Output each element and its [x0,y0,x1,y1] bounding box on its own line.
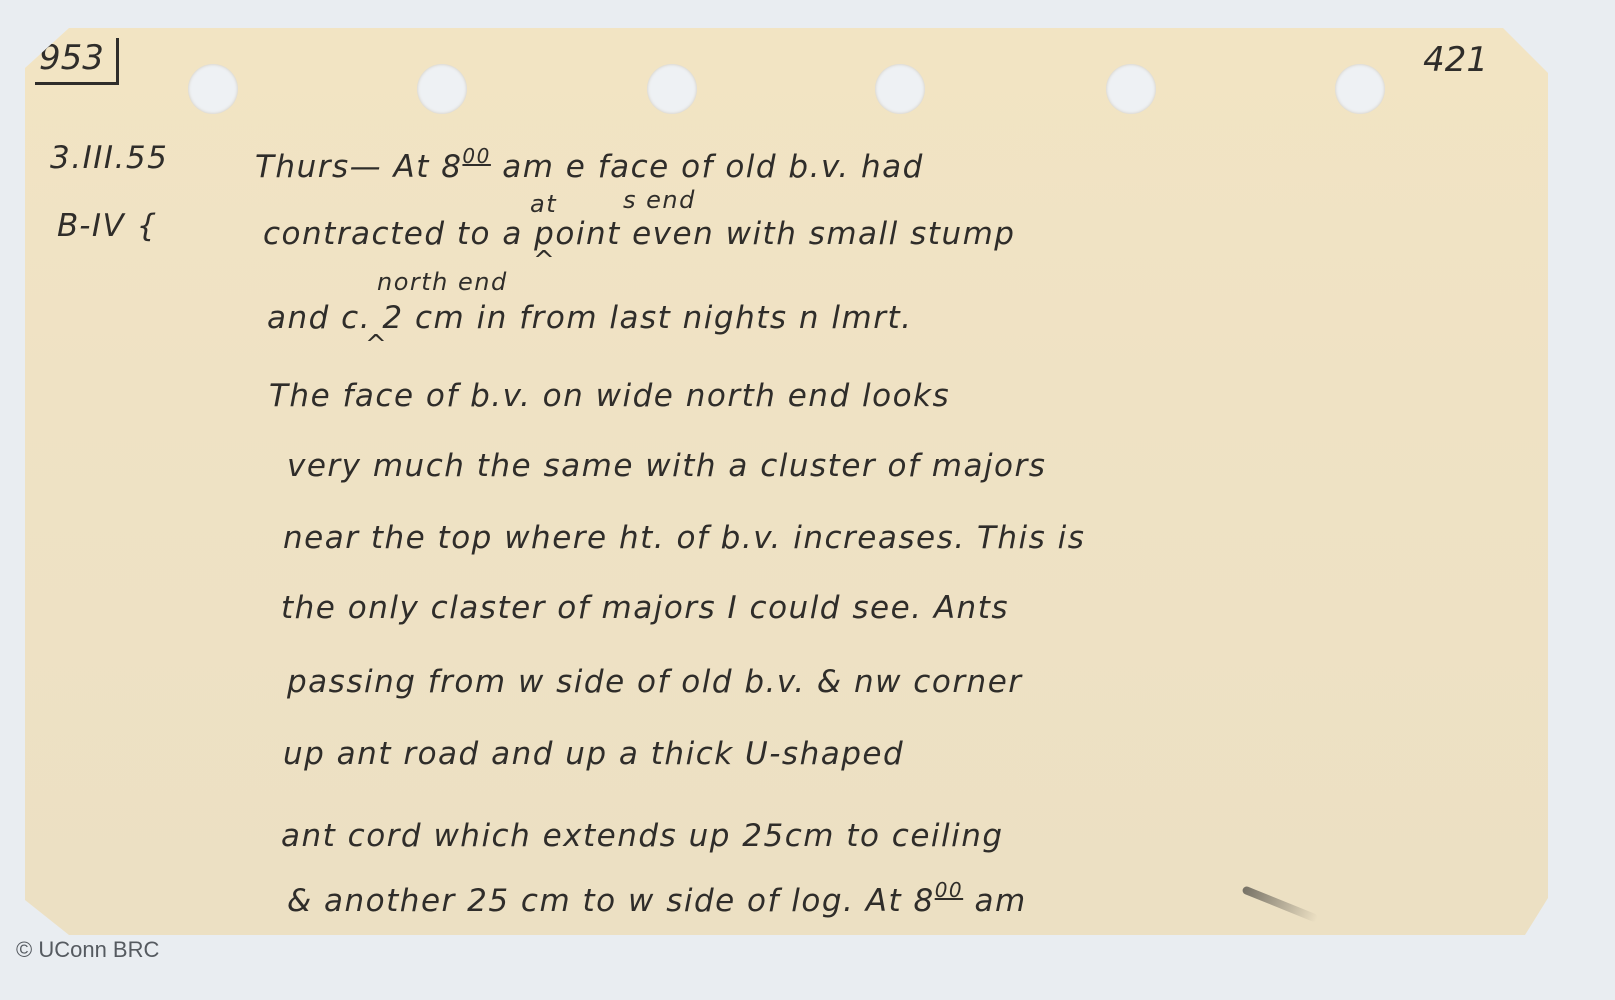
punch-hole [188,64,238,114]
margin-date: 3.III.55 [50,140,168,176]
punch-hole [647,64,697,114]
line-11: & another 25 cm to w side of log. At 800… [287,878,1027,919]
line-4: The face of b.v. on wide north end looks [269,378,950,414]
copyright-notice: © UConn BRC [16,937,159,963]
catalog-number: 953 [35,38,119,85]
punch-hole [417,64,467,114]
insertion-north-end: north end [377,268,508,296]
line-5: very much the same with a cluster of maj… [287,448,1046,484]
punch-hole [1106,64,1156,114]
line-10: ant cord which extends up 25cm to ceilin… [281,818,1004,854]
line-8: passing from w side of old b.v. & nw cor… [287,664,1023,700]
margin-range: B-IV { [57,208,158,244]
punch-hole [875,64,925,114]
index-card: 953 421 3.III.55 B-IV { at s end north e… [25,28,1548,935]
line-6: near the top where ht. of b.v. increases… [283,520,1085,556]
punch-hole [1335,64,1385,114]
ink-smudge [1241,885,1318,922]
line-3: and c. 2 cm in from last nights n lmrt. [267,300,912,336]
line-1: Thurs— At 800 am e face of old b.v. had [255,144,924,185]
insertion-at: at [530,190,557,218]
line-9: up ant road and up a thick U-shaped [283,736,904,772]
line-7: the only claster of majors I could see. … [281,590,1009,626]
line-2: contracted to a point even with small st… [263,216,1015,252]
page-number: 421 [1423,40,1488,80]
insertion-s-end: s end [623,186,696,214]
